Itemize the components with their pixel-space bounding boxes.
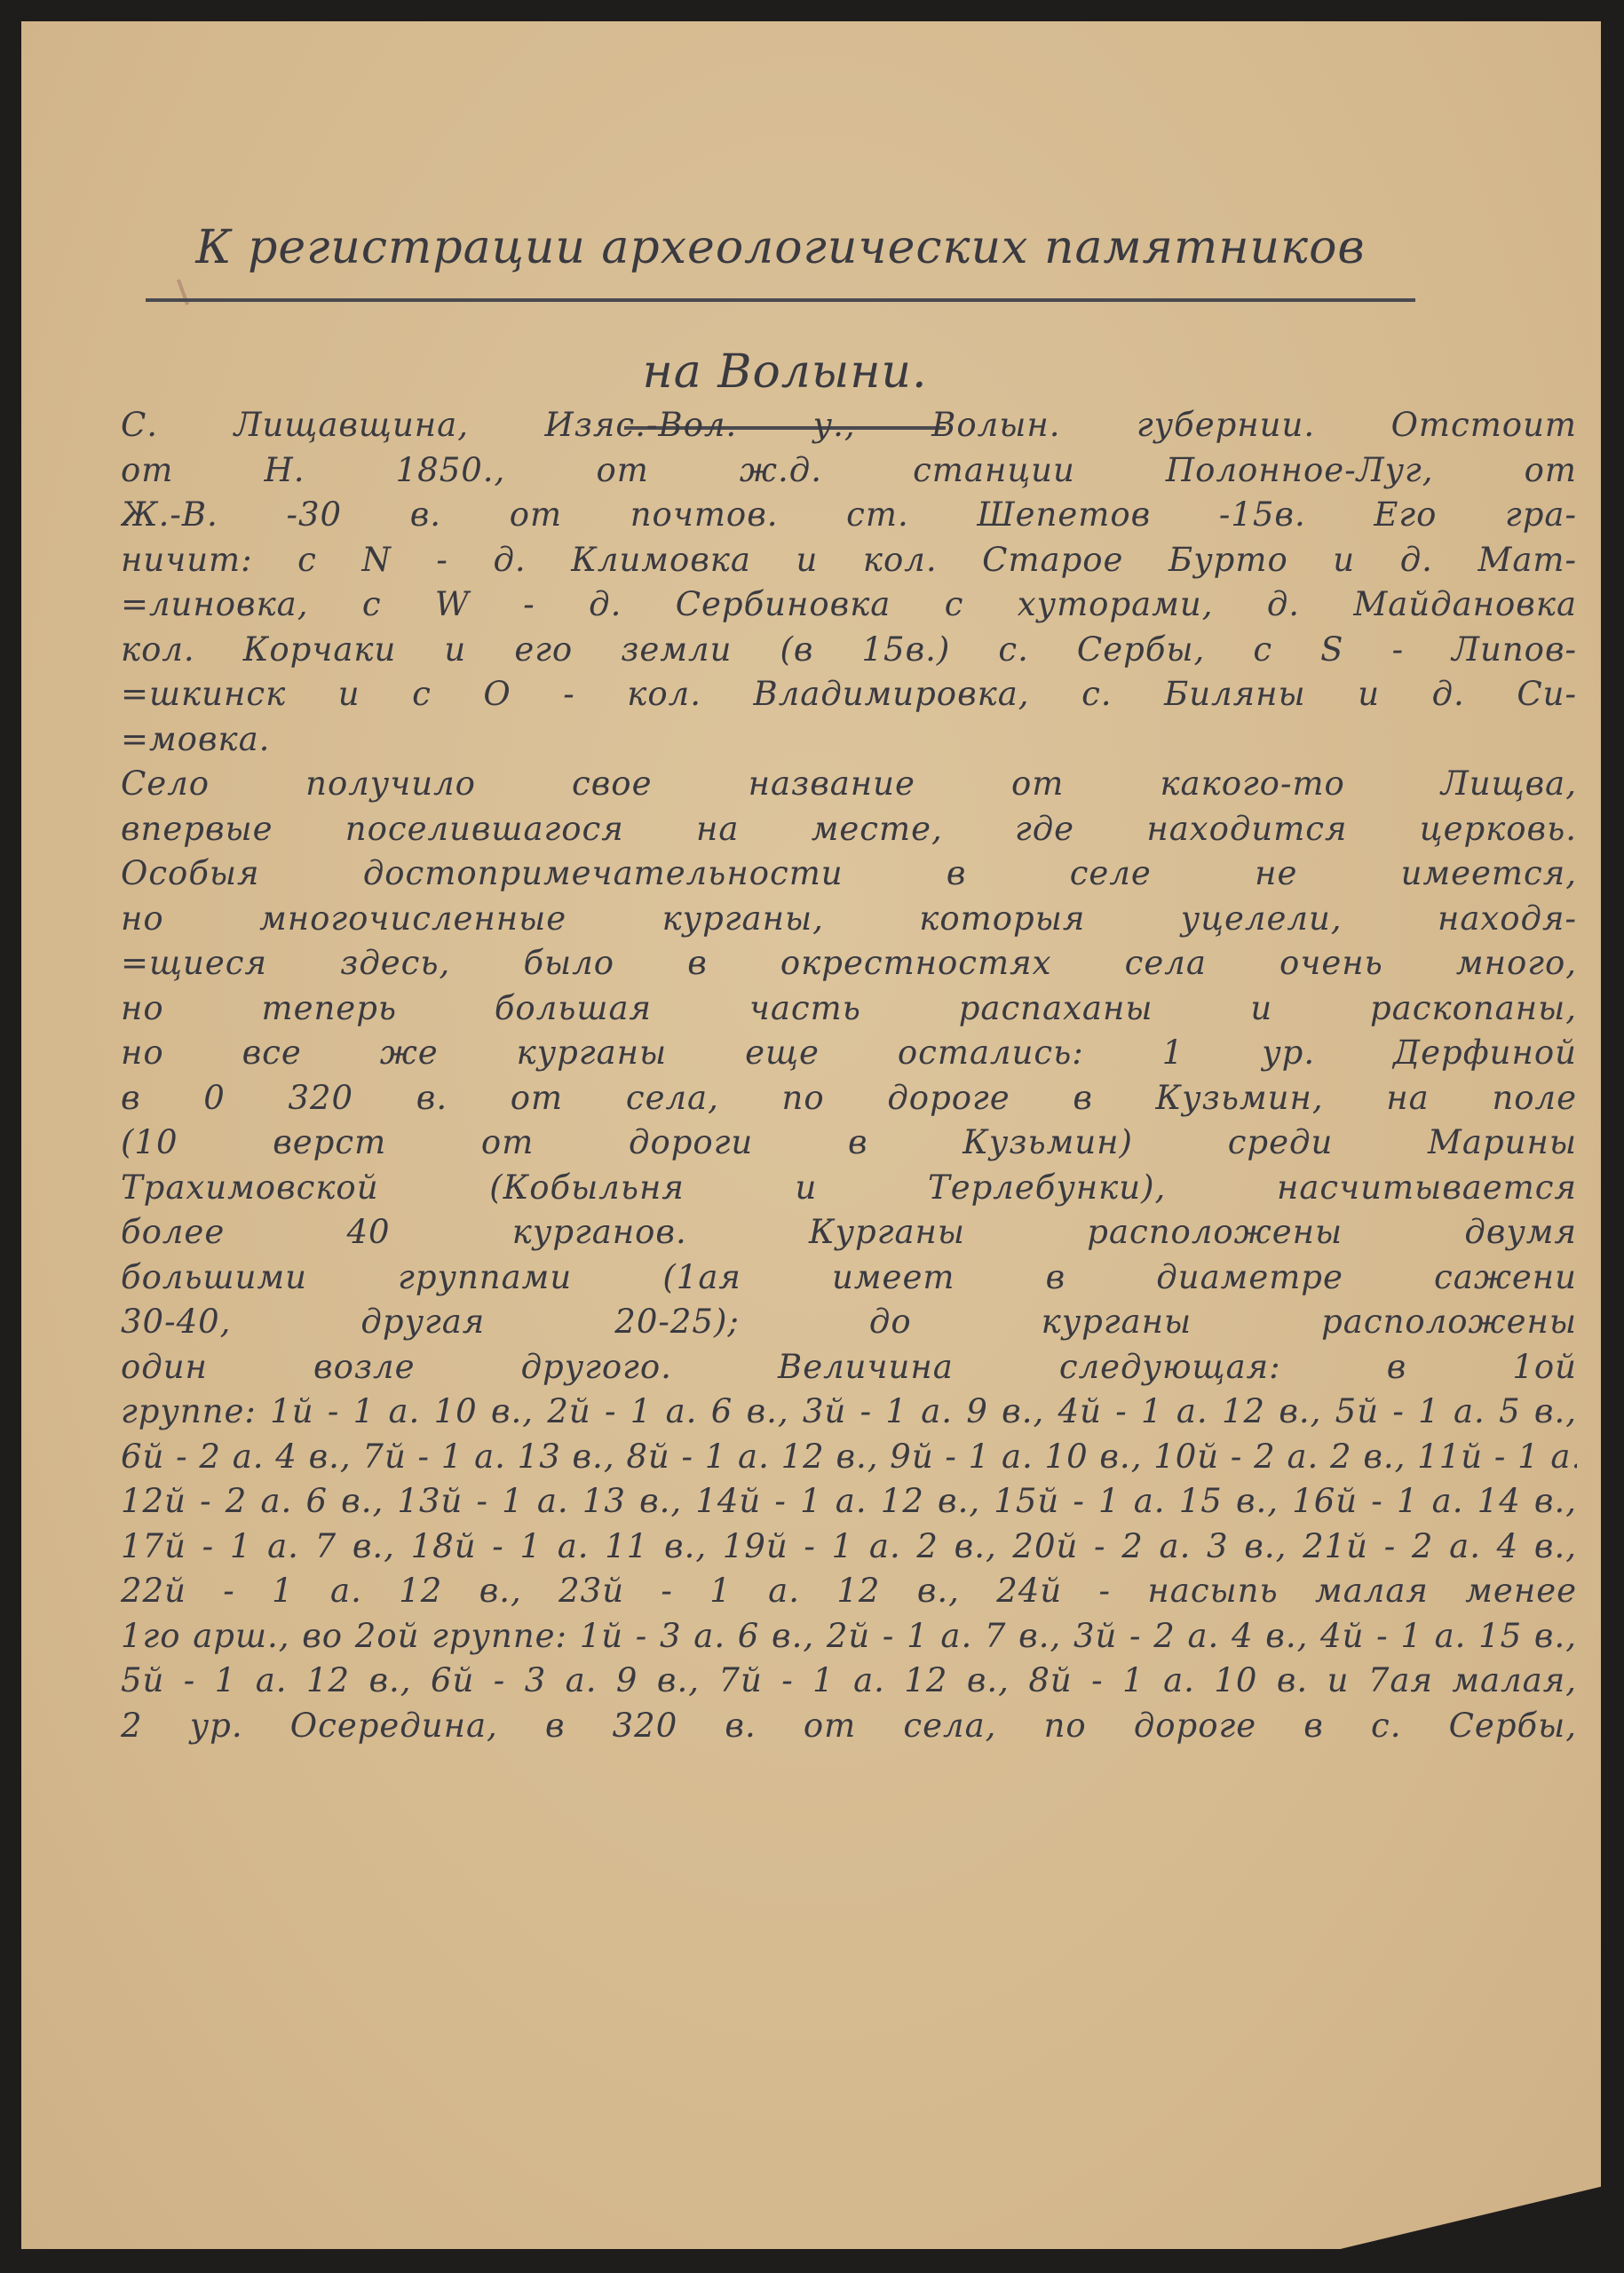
text-line: (10 верст от дороги в Кузьмин) среди Мар… bbox=[121, 1121, 1577, 1166]
manuscript-page: К регистрации археологических памятников… bbox=[21, 21, 1601, 2249]
text-line: Особыя достопримечательности в селе не и… bbox=[121, 851, 1577, 897]
text-line: Ж.-В. -30 в. от почтов. ст. Шепетов -15в… bbox=[121, 493, 1577, 538]
text-line: Село получило свое название от какого-то… bbox=[121, 762, 1577, 807]
measurement-line: 12й - 2 а. 6 в., 13й - 1 а. 13 в., 14й -… bbox=[121, 1479, 1577, 1525]
measurement-line: 17й - 1 а. 7 в., 18й - 1 а. 11 в., 19й -… bbox=[121, 1525, 1577, 1570]
text-line: ничит: с N - д. Климовка и кол. Старое Б… bbox=[121, 538, 1577, 583]
text-line: но все же курганы еще остались: 1 ур. Де… bbox=[121, 1031, 1577, 1076]
text-line: =мовка. bbox=[121, 717, 1577, 763]
text-line: Трахимовской (Кобыльня и Терлебунки), на… bbox=[121, 1166, 1577, 1211]
text-line: более 40 курганов. Курганы расположены д… bbox=[121, 1210, 1577, 1255]
text-line: кол. Корчаки и его земли (в 15в.) с. Сер… bbox=[121, 628, 1577, 673]
document-body: С. Лищавщина, Изяс.-Вол. у., Волын. губе… bbox=[121, 403, 1577, 1748]
measurement-line: 22й - 1 а. 12 в., 23й - 1 а. 12 в., 24й … bbox=[121, 1569, 1577, 1614]
text-line: но теперь большая часть распаханы и раск… bbox=[121, 986, 1577, 1032]
text-line: от Н. 1850., от ж.д. станции Полонное-Лу… bbox=[121, 448, 1577, 494]
measurement-line: 6й - 2 а. 4 в., 7й - 1 а. 13 в., 8й - 1 … bbox=[121, 1435, 1577, 1480]
measurement-line: 1го арш., во 2ой группе: 1й - 3 а. 6 в.,… bbox=[121, 1614, 1577, 1659]
text-line: но многочисленные курганы, которыя уцеле… bbox=[121, 897, 1577, 942]
document-title: К регистрации археологических памятников… bbox=[119, 199, 1451, 430]
text-line: С. Лищавщина, Изяс.-Вол. у., Волын. губе… bbox=[121, 403, 1577, 448]
text-line: в 0 320 в. от села, по дороге в Кузьмин,… bbox=[121, 1076, 1577, 1121]
text-line: =линовка, с W - д. Сербиновка с хуторами… bbox=[121, 582, 1577, 628]
text-line: =шкинск и с О - кол. Владимировка, с. Би… bbox=[121, 672, 1577, 717]
measurement-line: 5й - 1 а. 12 в., 6й - 3 а. 9 в., 7й - 1 … bbox=[121, 1659, 1577, 1704]
text-line: 30-40, другая 20-25); до курганы располо… bbox=[121, 1300, 1577, 1345]
text-line: большими группами (1ая имеет в диаметре … bbox=[121, 1255, 1577, 1301]
text-line: =щиеся здесь, было в окрестностях села о… bbox=[121, 941, 1577, 986]
text-line: один возле другого. Величина следующая: … bbox=[121, 1345, 1577, 1390]
measurement-line: группе: 1й - 1 а. 10 в., 2й - 1 а. 6 в.,… bbox=[121, 1390, 1577, 1435]
title-line-1: К регистрации археологических памятников bbox=[146, 199, 1415, 302]
text-line: впервые поселившагося на месте, где нахо… bbox=[121, 807, 1577, 852]
text-line: 2 ур. Осередина, в 320 в. от села, по до… bbox=[121, 1704, 1577, 1749]
